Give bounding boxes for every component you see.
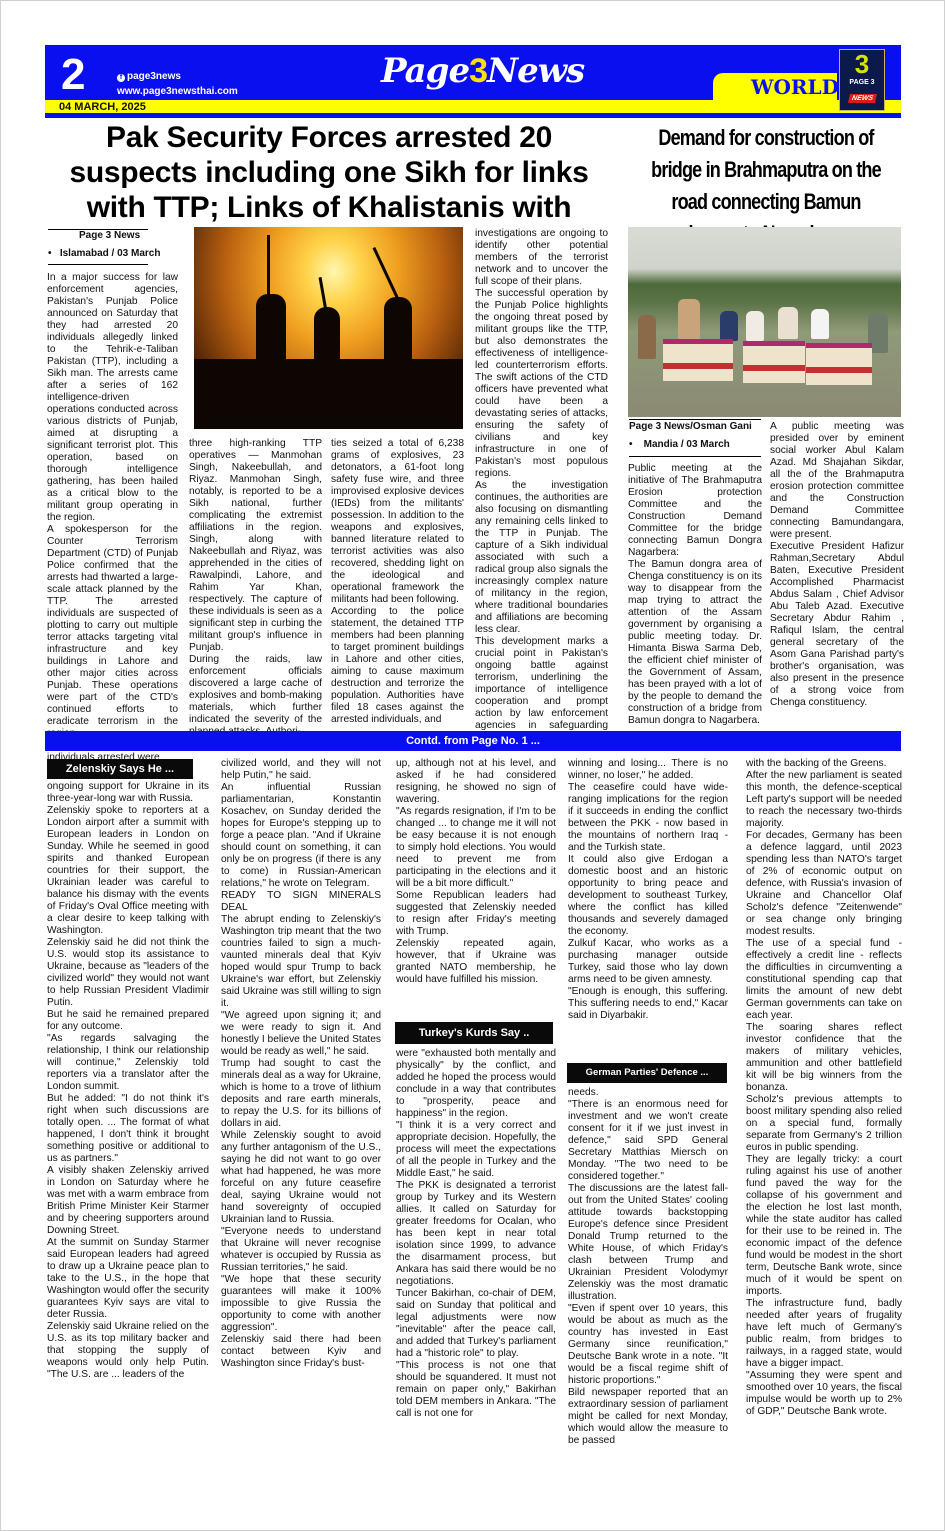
paragraph: Executive President Hafizur Rahman,Secre… (770, 541, 904, 709)
paragraph: "Enough is enough, this suffering. This … (568, 986, 728, 1022)
side-source: Page 3 News/Osman Gani (629, 421, 752, 432)
issue-date: 04 MARCH, 2025 (59, 101, 146, 113)
attendee (811, 309, 829, 339)
paragraph: It could also give Erdogan a domestic bo… (568, 854, 728, 938)
paragraph: investigations are ongoing to identify o… (475, 228, 608, 288)
attendee (778, 307, 798, 339)
paragraph: The infrastructure fund, badly needed af… (746, 1298, 902, 1370)
lead-source: Page 3 News (79, 230, 140, 241)
paragraph: Tuncer Bakirhan, co-chair of DEM, said o… (396, 1288, 556, 1360)
paragraph: According to the police statement, the d… (331, 606, 464, 726)
social-handle[interactable]: fpage3news (117, 71, 181, 82)
side-dateline: • Mandia / 03 March (629, 439, 730, 450)
paragraph: The discussions are the latest fall-out … (568, 1183, 728, 1303)
paragraph: needs. (568, 1087, 728, 1099)
paragraph: "We agreed upon signing it; and we were … (221, 1010, 381, 1058)
paragraph: This development marks a crucial point i… (475, 636, 608, 744)
paragraph: The use of a special fund - effectively … (746, 938, 902, 1022)
lead-column-3: ties seized a total of 6,238 grams of ex… (331, 438, 464, 726)
paragraph: with the backing of the Greens. (746, 758, 902, 770)
lead-column-4: investigations are ongoing to identify o… (475, 228, 608, 744)
militants-photo (194, 227, 463, 429)
paragraph: Zelenskiy said he did not think the U.S.… (47, 937, 209, 1009)
attendee (720, 311, 738, 341)
side-byline-rule-bottom (629, 456, 761, 457)
paragraph: Some Republican leaders had suggested th… (396, 890, 556, 938)
paragraph: "As regards salvaging the relationship, … (47, 1033, 209, 1093)
paragraph: While Zelenskiy sought to avoid any furt… (221, 1130, 381, 1226)
paragraph: "Assuming they were spent and smoothed o… (746, 1370, 902, 1418)
paragraph: During the raids, law enforcement offici… (189, 654, 322, 738)
paragraph: Public meeting at the initiative of The … (628, 463, 762, 559)
paragraph: "We hope that these security guarantees … (221, 1274, 381, 1334)
paragraph: For decades, Germany has been a defence … (746, 830, 902, 938)
ground (194, 359, 463, 429)
page-number: 2 (61, 49, 85, 101)
paragraph: three high-ranking TTP operatives — Manm… (189, 438, 322, 654)
website-link[interactable]: www.page3newsthai.com (117, 86, 238, 97)
paragraph: Zelenskiy said Ukraine relied on the U.S… (47, 1321, 209, 1381)
side-byline-rule-top (629, 419, 761, 420)
zelenskiy-column-2: civilized world, and they will not help … (221, 758, 381, 1370)
paragraph: civilized world, and they will not help … (221, 758, 381, 782)
paragraph: An influential Russian parliamentarian, … (221, 782, 381, 890)
paragraph: The ceasefire could have wide-ranging im… (568, 782, 728, 854)
paragraph: "There is an enormous need for investmen… (568, 1099, 728, 1183)
newspaper-page: 2 fpage3news www.page3newsthai.com 04 MA… (0, 0, 945, 1531)
paragraph: Zelenskiy repeated again, however, that … (396, 938, 556, 986)
lead-column-1: In a major success for law enforcement a… (47, 272, 178, 764)
public-meeting-photo (628, 227, 901, 417)
germany-column-2: with the backing of the Greens.After the… (746, 758, 902, 1418)
paragraph: winning and losing... There is no winner… (568, 758, 728, 782)
zelenskiy-continued-label: Zelenskiy Says He ... (47, 759, 193, 779)
paragraph: The PKK is designated a terrorist group … (396, 1180, 556, 1288)
paragraph: Scholz's previous attempts to boost mili… (746, 1094, 902, 1154)
turkey-column-2: winning and losing... There is no winner… (568, 758, 728, 1022)
draped-table (743, 341, 805, 383)
section-label: WORLD (751, 75, 839, 99)
byline-rule-bottom (48, 264, 148, 265)
paragraph: Zelenskiy said there had been contact be… (221, 1334, 381, 1370)
paragraph: The Bamun dongra area of Chenga constitu… (628, 559, 762, 727)
lead-column-2: three high-ranking TTP operatives — Manm… (189, 438, 322, 738)
paragraph: A visibly shaken Zelenskiy arrived in Lo… (47, 1165, 209, 1237)
side-column-2: A public meeting was presided over by em… (770, 421, 904, 709)
paragraph: Trump had sought to cast the minerals de… (221, 1058, 381, 1130)
lead-dateline: • Islamabad / 03 March (48, 248, 160, 259)
paragraph: But he added: "I do not think it's right… (47, 1093, 209, 1165)
germany-continued-label: German Parties' Defence ... (567, 1063, 727, 1083)
zelenskiy-column-1: ongoing support for Ukraine in its three… (47, 781, 209, 1381)
paragraph: were "exhausted both mentally and physic… (396, 1048, 556, 1120)
attendee (746, 311, 764, 341)
turkey-continued-label: Turkey's Kurds Say .. (395, 1022, 553, 1044)
paragraph: As the investigation continues, the auth… (475, 480, 608, 636)
draped-table (663, 339, 733, 381)
paragraph: Bild newspaper reported that an extraord… (568, 1387, 728, 1447)
rifle (373, 247, 399, 298)
paragraph: "Even if spent over 10 years, this would… (568, 1303, 728, 1387)
facebook-icon: f (117, 74, 125, 82)
turkey-column-1: were "exhausted both mentally and physic… (396, 1048, 556, 1420)
germany-column-1: needs."There is an enormous need for inv… (568, 1087, 728, 1447)
paragraph: "As regards resignation, if I'm to be ch… (396, 806, 556, 890)
paragraph: After the new parliament is seated this … (746, 770, 902, 830)
side-column-1: Public meeting at the initiative of The … (628, 463, 762, 727)
paragraph: A spokesperson for the Counter Terrorism… (47, 524, 178, 740)
paragraph: Zulkuf Kacar, who works as a purchasing … (568, 938, 728, 986)
paragraph: ties seized a total of 6,238 grams of ex… (331, 438, 464, 606)
masthead-bottom-rule (45, 113, 901, 118)
continued-from-page-1-bar: Contd. from Page No. 1 ... (45, 731, 901, 751)
paragraph: The abrupt ending to Zelenskiy's Washing… (221, 914, 381, 1010)
draped-table (806, 343, 872, 385)
paragraph: The soaring shares reflect investor conf… (746, 1022, 902, 1094)
paragraph: "I think it is a very correct and approp… (396, 1120, 556, 1180)
newspaper-logo: Page3News (381, 51, 584, 91)
masthead: 2 fpage3news www.page3newsthai.com 04 MA… (45, 45, 901, 118)
paragraph: ongoing support for Ukraine in its three… (47, 781, 209, 805)
page3-news-badge-icon: 3 PAGE 3 NEWS (839, 49, 885, 111)
paragraph: Zelenskiy spoke to reporters at a London… (47, 805, 209, 937)
rifle (267, 235, 270, 295)
paragraph: At the summit on Sunday Starmer said Eur… (47, 1237, 209, 1321)
paragraph: READY TO SIGN MINERALS DEAL (221, 890, 381, 914)
paragraph: But he said he remained prepared for any… (47, 1009, 209, 1033)
paragraph: A public meeting was presided over by em… (770, 421, 904, 541)
paragraph: "This process is not one that should be … (396, 1360, 556, 1420)
paragraph: up, although not at his level, and asked… (396, 758, 556, 806)
paragraph: They are legally tricky: a court ruling … (746, 1154, 902, 1298)
paragraph: "Everyone needs to understand that Ukrai… (221, 1226, 381, 1274)
paragraph: The successful operation by the Punjab P… (475, 288, 608, 480)
zelenskiy-column-3: up, although not at his level, and asked… (396, 758, 556, 986)
paragraph: In a major success for law enforcement a… (47, 272, 178, 524)
attendee (638, 315, 656, 359)
